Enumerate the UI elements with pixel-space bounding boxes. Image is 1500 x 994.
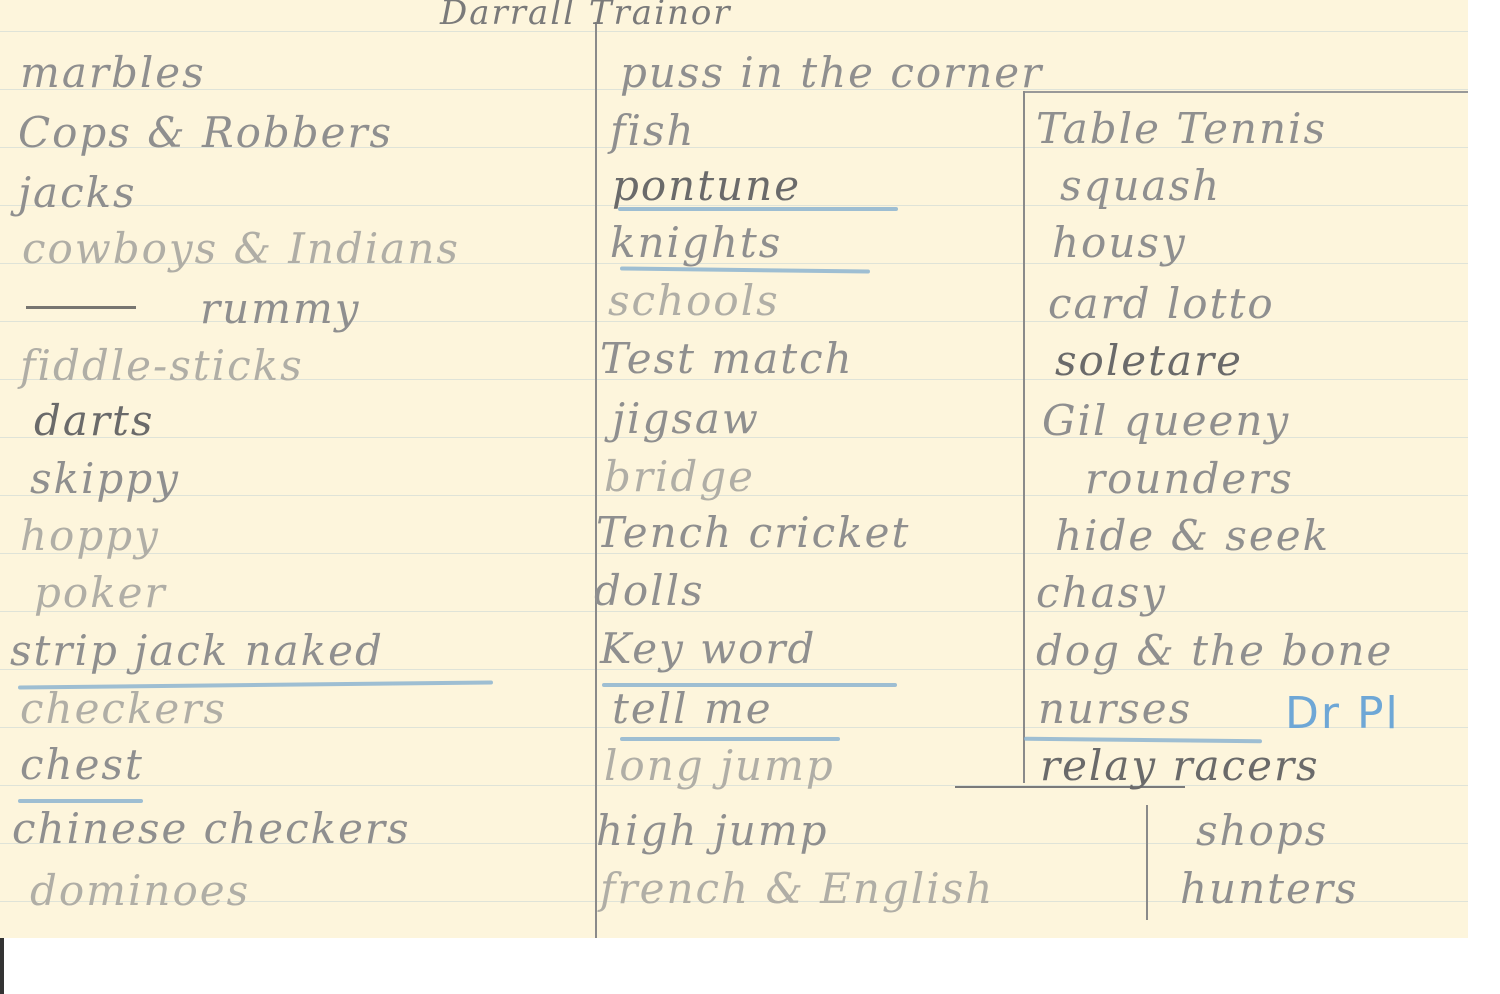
list-item: jacks (18, 172, 137, 214)
list-item: darts (34, 400, 154, 442)
list-item: dominoes (30, 870, 250, 912)
list-item: chest (20, 744, 144, 786)
right-box-top-line (1023, 91, 1468, 93)
list-item: Gil queeny (1042, 400, 1290, 442)
blue-underline (18, 799, 143, 803)
list-item: bridge (604, 456, 755, 498)
list-item: Test match (600, 338, 854, 380)
list-item: rounders (1085, 458, 1294, 500)
list-item: soletare (1055, 340, 1243, 382)
strikethrough-mark (26, 306, 136, 309)
list-item: skippy (30, 458, 180, 500)
list-item: french & English (600, 868, 994, 910)
list-item: squash (1060, 165, 1221, 207)
list-item: dolls (594, 570, 705, 612)
column-divider-left (595, 22, 597, 938)
list-item: cowboys & Indians (22, 228, 460, 270)
list-item: hide & seek (1055, 515, 1330, 557)
list-item: Tench cricket (596, 512, 910, 554)
list-item: hoppy (20, 515, 160, 557)
list-item: puss in the corner (620, 52, 1043, 94)
list-item: chasy (1036, 572, 1167, 614)
list-item: Key word (600, 628, 816, 670)
blue-underline (618, 207, 898, 211)
list-item: checkers (20, 688, 227, 730)
list-item: poker (34, 572, 167, 614)
list-item: nurses (1038, 688, 1192, 730)
list-item: Table Tennis (1036, 108, 1327, 150)
list-item: rummy (200, 288, 361, 330)
column-divider-right (1023, 91, 1025, 783)
list-item: jigsaw (612, 398, 760, 440)
list-item: strip jack naked (10, 630, 384, 672)
list-item: tell me (612, 688, 773, 730)
author-name: Darrall Trainor (440, 0, 732, 30)
list-item: relay racers (1040, 745, 1320, 787)
list-item: dog & the bone (1036, 630, 1393, 672)
list-item: chinese checkers (12, 808, 411, 850)
list-item: long jump (604, 745, 835, 787)
list-item: fish (610, 110, 696, 152)
list-item: housy (1052, 222, 1187, 264)
list-item: marbles (20, 52, 206, 94)
blue-underline (620, 266, 870, 273)
list-item: fiddle-sticks (20, 345, 304, 387)
list-item: card lotto (1048, 283, 1275, 325)
scan-edge-shadow (0, 938, 4, 994)
list-item: knights (610, 222, 782, 264)
lined-paper-sheet: Darrall Trainor marbles Cops & Robbers j… (0, 0, 1468, 938)
list-item: hunters (1180, 868, 1359, 910)
ruled-line (0, 31, 1468, 32)
list-item: Cops & Robbers (18, 112, 393, 154)
bottom-box-divider (1146, 805, 1148, 920)
list-item: high jump (596, 810, 829, 852)
list-item: shops (1196, 810, 1328, 852)
list-item: pontune (612, 165, 801, 207)
list-item: schools (608, 280, 780, 322)
ruled-line (0, 611, 1468, 612)
blue-annotation: Dr Pl (1285, 688, 1400, 739)
